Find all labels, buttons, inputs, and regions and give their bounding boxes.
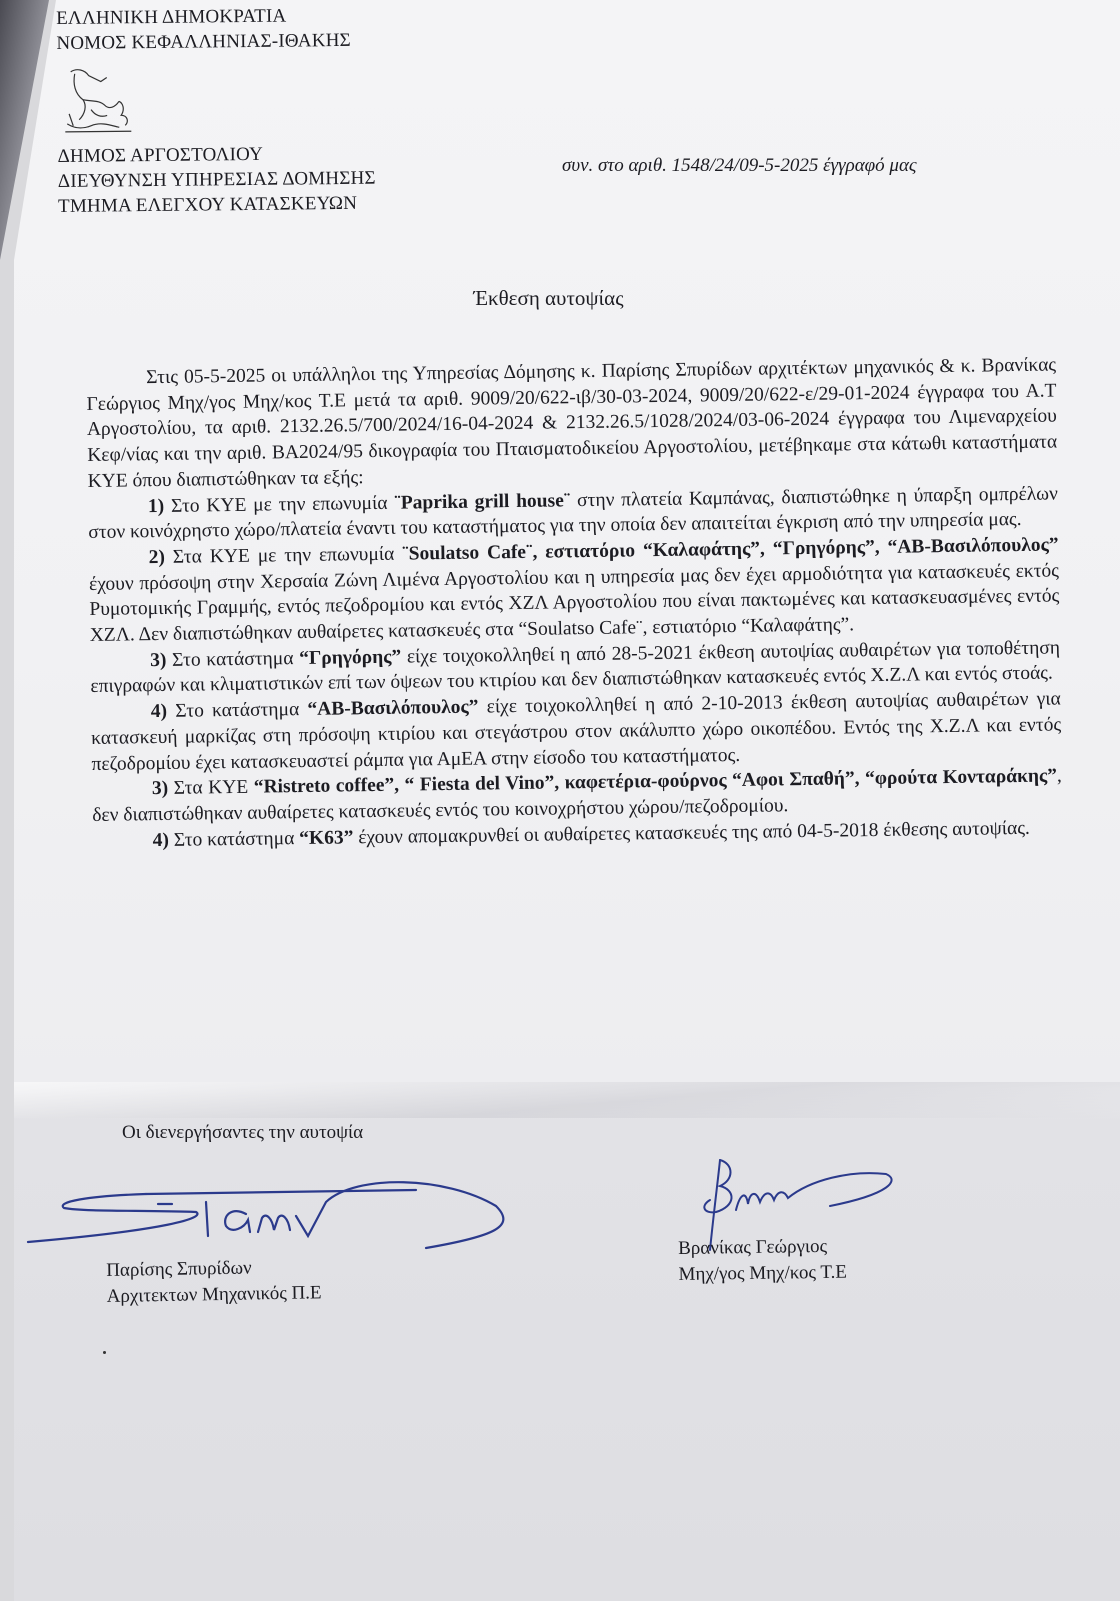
- finding-item: 2) Στα ΚΥΕ με την επωνυμία ¨Soulatso Caf…: [89, 532, 1060, 648]
- signatory-role: Αρχιτεκτων Μηχανικός Π.Ε: [106, 1280, 321, 1310]
- letterhead-line: ΔΙΕΥΘΥΝΣΗ ΥΠΗΡΕΣΙΑΣ ΔΟΜΗΣΗΣ: [58, 166, 376, 194]
- stray-mark: [103, 1351, 106, 1354]
- letterhead-line: ΝΟΜΟΣ ΚΕΦΑΛΛΗΝΙΑΣ-ΙΘΑΚΗΣ: [56, 28, 374, 56]
- letterhead-line: ΕΛΛΗΝΙΚΗ ΔΗΜΟΚΡΑΤΙΑ: [56, 3, 374, 31]
- signatory-name: Βρανίκας Γεώργιος: [678, 1234, 847, 1262]
- paper-fold: [14, 1082, 1120, 1118]
- report-body: Στις 05-5-2025 οι υπάλληλοι της Υπηρεσία…: [86, 352, 1063, 854]
- signatory-name: Παρίσης Σπυρίδων: [106, 1254, 321, 1284]
- intro-paragraph: Στις 05-5-2025 οι υπάλληλοι της Υπηρεσία…: [86, 352, 1058, 494]
- signatory-role: Μηχ/γος Μηχ/κος Τ.Ε: [678, 1260, 847, 1288]
- letterhead: ΕΛΛΗΝΙΚΗ ΔΗΜΟΚΡΑΤΙΑ ΝΟΜΟΣ ΚΕΦΑΛΛΗΝΙΑΣ-ΙΘ…: [56, 3, 376, 219]
- finding-item: 4) Στο κατάστημα “ΑΒ-Βασιλόπουλος” είχε …: [91, 687, 1062, 778]
- emblem-icon: [61, 65, 138, 136]
- signatories-heading: Οι διενεργήσαντες την αυτοψία: [122, 1122, 363, 1144]
- letterhead-line: ΔΗΜΟΣ ΑΡΓΟΣΤΟΛΙΟΥ: [57, 141, 375, 169]
- letterhead-line: ΤΜΗΜΑ ΕΛΕΓΧΟΥ ΚΑΤΑΣΚΕΥΩΝ: [58, 191, 376, 219]
- signatory-right: Βρανίκας Γεώργιος Μηχ/γος Μηχ/κος Τ.Ε: [678, 1234, 847, 1288]
- page-title: Έκθεση αυτοψίας: [0, 286, 1097, 311]
- document-reference: συν. στο αριθ. 1548/24/09-5-2025 έγγραφό…: [562, 155, 917, 177]
- signatory-left: Παρίσης Σπυρίδων Αρχιτεκτων Μηχανικός Π.…: [106, 1254, 322, 1310]
